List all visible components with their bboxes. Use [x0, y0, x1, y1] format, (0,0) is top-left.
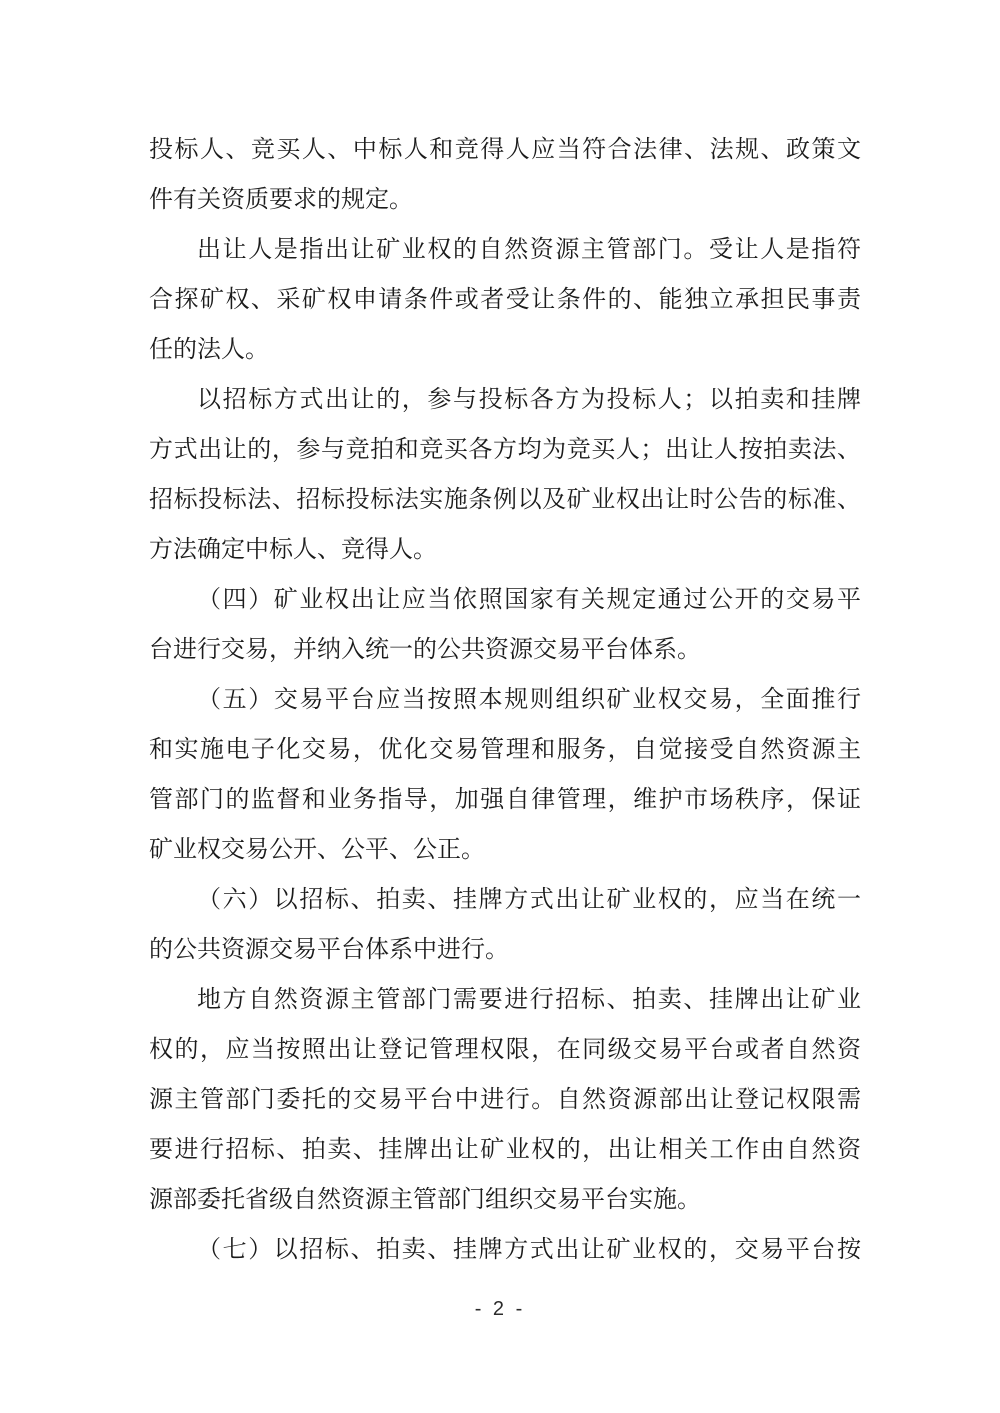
text-line: 源部委托省级自然资源主管部门组织交易平台实施。: [149, 1175, 861, 1225]
page-footer: - 2 -: [0, 1298, 1000, 1321]
text-line: 出让人是指出让矿业权的自然资源主管部门。受让人是指符: [149, 225, 861, 275]
document-body: 投标人、竞买人、中标人和竞得人应当符合法律、法规、政策文件有关资质要求的规定。出…: [149, 125, 861, 1275]
text-line: 管部门的监督和业务指导，加强自律管理，维护市场秩序，保证: [149, 775, 861, 825]
text-line: 的公共资源交易平台体系中进行。: [149, 925, 861, 975]
text-line: 件有关资质要求的规定。: [149, 175, 861, 225]
text-line: 矿业权交易公开、公平、公正。: [149, 825, 861, 875]
text-line: 投标人、竞买人、中标人和竞得人应当符合法律、法规、政策文: [149, 125, 861, 175]
text-line: （七）以招标、拍卖、挂牌方式出让矿业权的，交易平台按: [149, 1225, 861, 1275]
text-line: 方法确定中标人、竞得人。: [149, 525, 861, 575]
text-line: 方式出让的，参与竞拍和竞买各方均为竞买人；出让人按拍卖法、: [149, 425, 861, 475]
document-page: 投标人、竞买人、中标人和竞得人应当符合法律、法规、政策文件有关资质要求的规定。出…: [0, 0, 1000, 1413]
page-number: - 2 -: [475, 1298, 526, 1320]
text-line: 招标投标法、招标投标法实施条例以及矿业权出让时公告的标准、: [149, 475, 861, 525]
text-line: 合探矿权、采矿权申请条件或者受让条件的、能独立承担民事责: [149, 275, 861, 325]
text-line: （四）矿业权出让应当依照国家有关规定通过公开的交易平: [149, 575, 861, 625]
text-line: 以招标方式出让的，参与投标各方为投标人；以拍卖和挂牌: [149, 375, 861, 425]
text-line: 权的，应当按照出让登记管理权限，在同级交易平台或者自然资: [149, 1025, 861, 1075]
text-line: 地方自然资源主管部门需要进行招标、拍卖、挂牌出让矿业: [149, 975, 861, 1025]
text-line: 任的法人。: [149, 325, 861, 375]
text-line: 台进行交易，并纳入统一的公共资源交易平台体系。: [149, 625, 861, 675]
text-line: （六）以招标、拍卖、挂牌方式出让矿业权的，应当在统一: [149, 875, 861, 925]
text-line: 源主管部门委托的交易平台中进行。自然资源部出让登记权限需: [149, 1075, 861, 1125]
text-line: 要进行招标、拍卖、挂牌出让矿业权的，出让相关工作由自然资: [149, 1125, 861, 1175]
text-line: （五）交易平台应当按照本规则组织矿业权交易，全面推行: [149, 675, 861, 725]
text-line: 和实施电子化交易，优化交易管理和服务，自觉接受自然资源主: [149, 725, 861, 775]
